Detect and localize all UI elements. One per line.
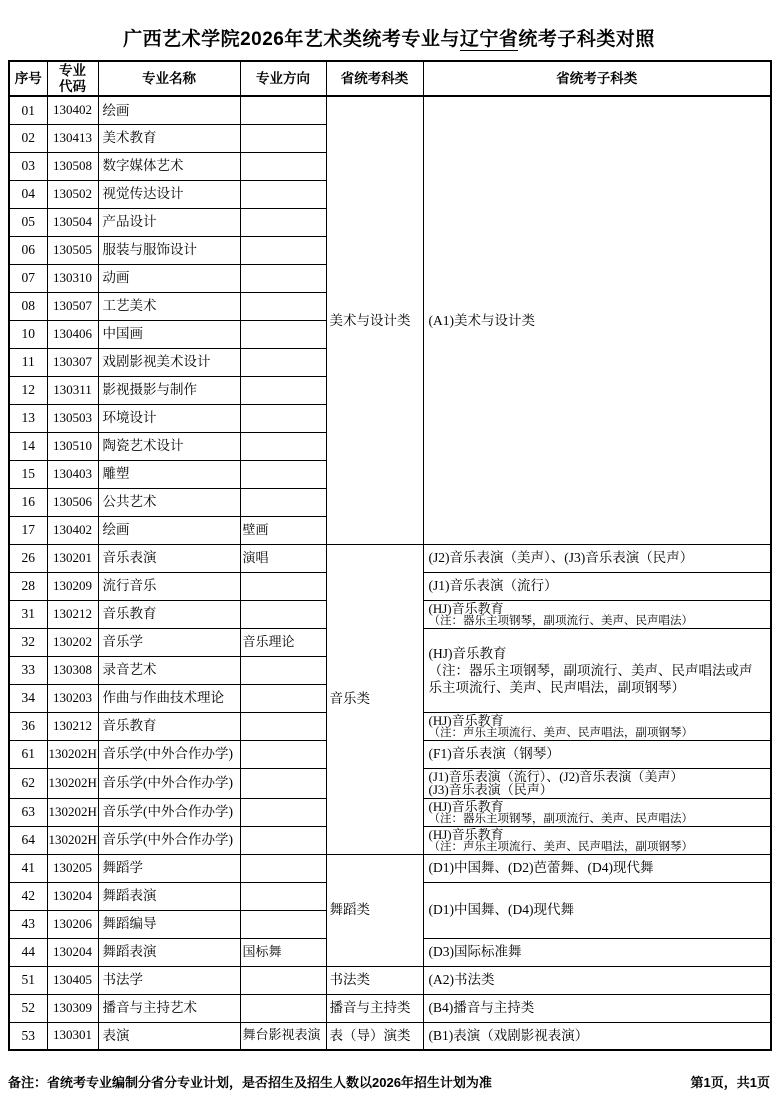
header-category: 省统考科类 xyxy=(326,61,423,96)
page-footer: 备注：省统考专业编制分省分专业计划，是否招生及招生人数以2026年招生计划为准 … xyxy=(8,1072,770,1091)
row-name: 作曲与作曲技术理论 xyxy=(98,684,240,712)
row-no: 32 xyxy=(9,628,47,656)
subcategory-main-text: (HJ)音乐教育 xyxy=(429,645,766,662)
row-no: 17 xyxy=(9,516,47,544)
subcategory-calligraphy: (A2)书法类 xyxy=(423,966,771,994)
row-direction xyxy=(240,292,326,320)
row-direction xyxy=(240,376,326,404)
subcategory-main-text: (HJ)音乐教育 xyxy=(429,800,766,813)
row-direction xyxy=(240,854,326,882)
row-no: 10 xyxy=(9,320,47,348)
subcategory-music-64: (HJ)音乐教育 （注：声乐主项流行、美声、民声唱法，副项钢琴） xyxy=(423,826,771,854)
row-direction xyxy=(240,460,326,488)
row-direction xyxy=(240,572,326,600)
subcategory-note-text: （注：器乐主项钢琴，副项流行、美声、民声唱法） xyxy=(429,813,766,825)
subcategory-note-text: （注：器乐主项钢琴，副项流行、美声、民声唱法或声乐主项流行、美声、民声唱法，副项… xyxy=(429,662,766,696)
row-code: 130202H xyxy=(47,798,98,826)
subcategory-music-62: (J1)音乐表演（流行）、(J2)音乐表演（美声） (J3)音乐表演（民声） xyxy=(423,768,771,798)
row-name: 音乐学 xyxy=(98,628,240,656)
row-direction: 演唱 xyxy=(240,544,326,572)
row-code: 130403 xyxy=(47,460,98,488)
row-code: 130202H xyxy=(47,826,98,854)
row-code: 130204 xyxy=(47,882,98,910)
subcategory-art: (A1)美术与设计类 xyxy=(423,96,771,544)
row-direction xyxy=(240,882,326,910)
row-no: 53 xyxy=(9,1022,47,1050)
table-row: 01 130402 绘画 美术与设计类 (A1)美术与设计类 xyxy=(9,96,771,124)
subcategory-dance-42-43: (D1)中国舞、(D4)现代舞 xyxy=(423,882,771,938)
row-code: 130506 xyxy=(47,488,98,516)
row-code: 130503 xyxy=(47,404,98,432)
row-name: 陶瓷艺术设计 xyxy=(98,432,240,460)
row-no: 28 xyxy=(9,572,47,600)
subcategory-music-31: (HJ)音乐教育 （注：器乐主项钢琴，副项流行、美声、民声唱法） xyxy=(423,600,771,628)
row-direction xyxy=(240,124,326,152)
row-code: 130209 xyxy=(47,572,98,600)
row-name: 工艺美术 xyxy=(98,292,240,320)
row-no: 26 xyxy=(9,544,47,572)
row-code: 130310 xyxy=(47,264,98,292)
row-no: 16 xyxy=(9,488,47,516)
row-direction xyxy=(240,712,326,740)
row-code: 130202H xyxy=(47,768,98,798)
subcategory-line2: (J3)音乐表演（民声） xyxy=(429,783,766,797)
category-acting: 表（导）演类 xyxy=(326,1022,423,1050)
table-row: 26 130201 音乐表演 演唱 音乐类 (J2)音乐表演（美声）、(J3)音… xyxy=(9,544,771,572)
row-direction: 国标舞 xyxy=(240,938,326,966)
row-name: 视觉传达设计 xyxy=(98,180,240,208)
row-code: 130502 xyxy=(47,180,98,208)
page-title-prefix: 广西艺术学院2026年艺术类统考专业与 xyxy=(123,29,460,50)
header-name: 专业名称 xyxy=(98,61,240,96)
row-code: 130212 xyxy=(47,600,98,628)
row-no: 62 xyxy=(9,768,47,798)
row-direction xyxy=(240,488,326,516)
row-no: 14 xyxy=(9,432,47,460)
table-row: 53 130301 表演 舞台影视表演 表（导）演类 (B1)表演（戏剧影视表演… xyxy=(9,1022,771,1050)
category-broadcasting: 播音与主持类 xyxy=(326,994,423,1022)
row-no: 44 xyxy=(9,938,47,966)
row-name: 动画 xyxy=(98,264,240,292)
row-name: 播音与主持艺术 xyxy=(98,994,240,1022)
subcategory-main-text: (HJ)音乐教育 xyxy=(429,828,766,841)
footer-note: 备注：省统考专业编制分省分专业计划，是否招生及招生人数以2026年招生计划为准 xyxy=(8,1072,492,1091)
header-subcategory: 省统考子科类 xyxy=(423,61,771,96)
row-code: 130212 xyxy=(47,712,98,740)
row-name: 绘画 xyxy=(98,96,240,124)
row-name: 数字媒体艺术 xyxy=(98,152,240,180)
category-art: 美术与设计类 xyxy=(326,96,423,544)
row-name: 中国画 xyxy=(98,320,240,348)
row-name: 音乐表演 xyxy=(98,544,240,572)
row-direction xyxy=(240,320,326,348)
row-name: 影视摄影与制作 xyxy=(98,376,240,404)
subcategory-music-61: (F1)音乐表演（钢琴） xyxy=(423,740,771,768)
row-direction xyxy=(240,768,326,798)
row-direction xyxy=(240,966,326,994)
page-indicator: 第1页，共1页 xyxy=(691,1072,770,1091)
row-no: 36 xyxy=(9,712,47,740)
row-name: 书法学 xyxy=(98,966,240,994)
row-name: 音乐学(中外合作办学) xyxy=(98,740,240,768)
row-name: 绘画 xyxy=(98,516,240,544)
row-direction xyxy=(240,348,326,376)
row-no: 41 xyxy=(9,854,47,882)
row-direction xyxy=(240,600,326,628)
row-no: 33 xyxy=(9,656,47,684)
table-row: 41 130205 舞蹈学 舞蹈类 (D1)中国舞、(D2)芭蕾舞、(D4)现代… xyxy=(9,854,771,882)
row-code: 130301 xyxy=(47,1022,98,1050)
row-no: 51 xyxy=(9,966,47,994)
row-code: 130204 xyxy=(47,938,98,966)
row-direction xyxy=(240,910,326,938)
row-code: 130406 xyxy=(47,320,98,348)
row-no: 02 xyxy=(9,124,47,152)
row-code: 130206 xyxy=(47,910,98,938)
header-code: 专业代码 xyxy=(47,61,98,96)
row-no: 11 xyxy=(9,348,47,376)
row-code: 130510 xyxy=(47,432,98,460)
subcategory-acting: (B1)表演（戏剧影视表演） xyxy=(423,1022,771,1050)
row-direction xyxy=(240,826,326,854)
row-direction xyxy=(240,208,326,236)
subcategory-music-63: (HJ)音乐教育 （注：器乐主项钢琴，副项流行、美声、民声唱法） xyxy=(423,798,771,826)
row-no: 64 xyxy=(9,826,47,854)
subcategory-note-text: （注：声乐主项流行、美声、民声唱法，副项钢琴） xyxy=(429,841,766,853)
row-code: 130508 xyxy=(47,152,98,180)
row-no: 34 xyxy=(9,684,47,712)
category-calligraphy: 书法类 xyxy=(326,966,423,994)
row-no: 06 xyxy=(9,236,47,264)
row-name: 录音艺术 xyxy=(98,656,240,684)
row-name: 音乐学(中外合作办学) xyxy=(98,826,240,854)
subcategory-note-text: （注：声乐主项流行、美声、民声唱法，副项钢琴） xyxy=(429,727,766,739)
row-direction xyxy=(240,432,326,460)
row-code: 130203 xyxy=(47,684,98,712)
row-name: 舞蹈表演 xyxy=(98,882,240,910)
row-name: 公共艺术 xyxy=(98,488,240,516)
subcategory-music-26: (J2)音乐表演（美声）、(J3)音乐表演（民声） xyxy=(423,544,771,572)
row-name: 音乐学(中外合作办学) xyxy=(98,798,240,826)
row-direction xyxy=(240,96,326,124)
row-direction xyxy=(240,684,326,712)
table-row: 52 130309 播音与主持艺术 播音与主持类 (B4)播音与主持类 xyxy=(9,994,771,1022)
row-no: 07 xyxy=(9,264,47,292)
row-code: 130504 xyxy=(47,208,98,236)
row-code: 130201 xyxy=(47,544,98,572)
row-name: 服装与服饰设计 xyxy=(98,236,240,264)
category-music: 音乐类 xyxy=(326,544,423,854)
row-name: 舞蹈编导 xyxy=(98,910,240,938)
row-no: 31 xyxy=(9,600,47,628)
subcategory-main-text: (HJ)音乐教育 xyxy=(429,602,766,615)
row-no: 05 xyxy=(9,208,47,236)
row-no: 43 xyxy=(9,910,47,938)
subcategory-music-32-34: (HJ)音乐教育 （注：器乐主项钢琴，副项流行、美声、民声唱法或声乐主项流行、美… xyxy=(423,628,771,712)
row-name: 音乐教育 xyxy=(98,712,240,740)
row-no: 52 xyxy=(9,994,47,1022)
row-no: 63 xyxy=(9,798,47,826)
subcategory-line1: (J1)音乐表演（流行）、(J2)音乐表演（美声） xyxy=(429,770,766,784)
header-code-text: 专业代码 xyxy=(58,63,88,94)
subcategory-music-28: (J1)音乐表演（流行） xyxy=(423,572,771,600)
subcategory-music-36: (HJ)音乐教育 （注：声乐主项流行、美声、民声唱法，副项钢琴） xyxy=(423,712,771,740)
row-direction xyxy=(240,152,326,180)
comparison-table: 序号 专业代码 专业名称 专业方向 省统考科类 省统考子科类 01 130402… xyxy=(8,60,772,1051)
row-code: 130202H xyxy=(47,740,98,768)
row-direction xyxy=(240,740,326,768)
subcategory-dance-41: (D1)中国舞、(D2)芭蕾舞、(D4)现代舞 xyxy=(423,854,771,882)
row-name: 流行音乐 xyxy=(98,572,240,600)
category-dance: 舞蹈类 xyxy=(326,854,423,966)
row-direction xyxy=(240,236,326,264)
row-direction xyxy=(240,404,326,432)
row-no: 61 xyxy=(9,740,47,768)
row-name: 表演 xyxy=(98,1022,240,1050)
subcategory-dance-44: (D3)国际标准舞 xyxy=(423,938,771,966)
row-name: 雕塑 xyxy=(98,460,240,488)
table-header-row: 序号 专业代码 专业名称 专业方向 省统考科类 省统考子科类 xyxy=(9,61,771,96)
row-direction xyxy=(240,264,326,292)
row-code: 130308 xyxy=(47,656,98,684)
header-no: 序号 xyxy=(9,61,47,96)
row-code: 130507 xyxy=(47,292,98,320)
row-name: 舞蹈学 xyxy=(98,854,240,882)
row-name: 音乐教育 xyxy=(98,600,240,628)
row-direction: 音乐理论 xyxy=(240,628,326,656)
subcategory-main-text: (HJ)音乐教育 xyxy=(429,714,766,727)
page-title: 广西艺术学院2026年艺术类统考专业与辽宁省统考子科类对照 xyxy=(0,24,778,51)
row-name: 美术教育 xyxy=(98,124,240,152)
row-code: 130405 xyxy=(47,966,98,994)
row-code: 130311 xyxy=(47,376,98,404)
header-direction: 专业方向 xyxy=(240,61,326,96)
row-no: 15 xyxy=(9,460,47,488)
row-name: 戏剧影视美术设计 xyxy=(98,348,240,376)
row-direction: 舞台影视表演 xyxy=(240,1022,326,1050)
subcategory-broadcasting: (B4)播音与主持类 xyxy=(423,994,771,1022)
row-no: 42 xyxy=(9,882,47,910)
row-name: 环境设计 xyxy=(98,404,240,432)
row-direction xyxy=(240,798,326,826)
table-row: 51 130405 书法学 书法类 (A2)书法类 xyxy=(9,966,771,994)
page-title-underlined-province: 辽宁省 xyxy=(460,29,519,51)
row-direction: 壁画 xyxy=(240,516,326,544)
row-name: 音乐学(中外合作办学) xyxy=(98,768,240,798)
subcategory-note-text: （注：器乐主项钢琴，副项流行、美声、民声唱法） xyxy=(429,615,766,627)
page-title-suffix: 统考子科类对照 xyxy=(518,29,655,50)
row-no: 12 xyxy=(9,376,47,404)
row-code: 130202 xyxy=(47,628,98,656)
row-code: 130505 xyxy=(47,236,98,264)
row-name: 产品设计 xyxy=(98,208,240,236)
row-code: 130205 xyxy=(47,854,98,882)
row-name: 舞蹈表演 xyxy=(98,938,240,966)
row-code: 130307 xyxy=(47,348,98,376)
row-code: 130402 xyxy=(47,516,98,544)
row-code: 130402 xyxy=(47,96,98,124)
row-no: 03 xyxy=(9,152,47,180)
row-no: 04 xyxy=(9,180,47,208)
row-direction xyxy=(240,180,326,208)
row-direction xyxy=(240,656,326,684)
row-no: 01 xyxy=(9,96,47,124)
row-no: 08 xyxy=(9,292,47,320)
row-no: 13 xyxy=(9,404,47,432)
row-code: 130413 xyxy=(47,124,98,152)
row-code: 130309 xyxy=(47,994,98,1022)
row-direction xyxy=(240,994,326,1022)
